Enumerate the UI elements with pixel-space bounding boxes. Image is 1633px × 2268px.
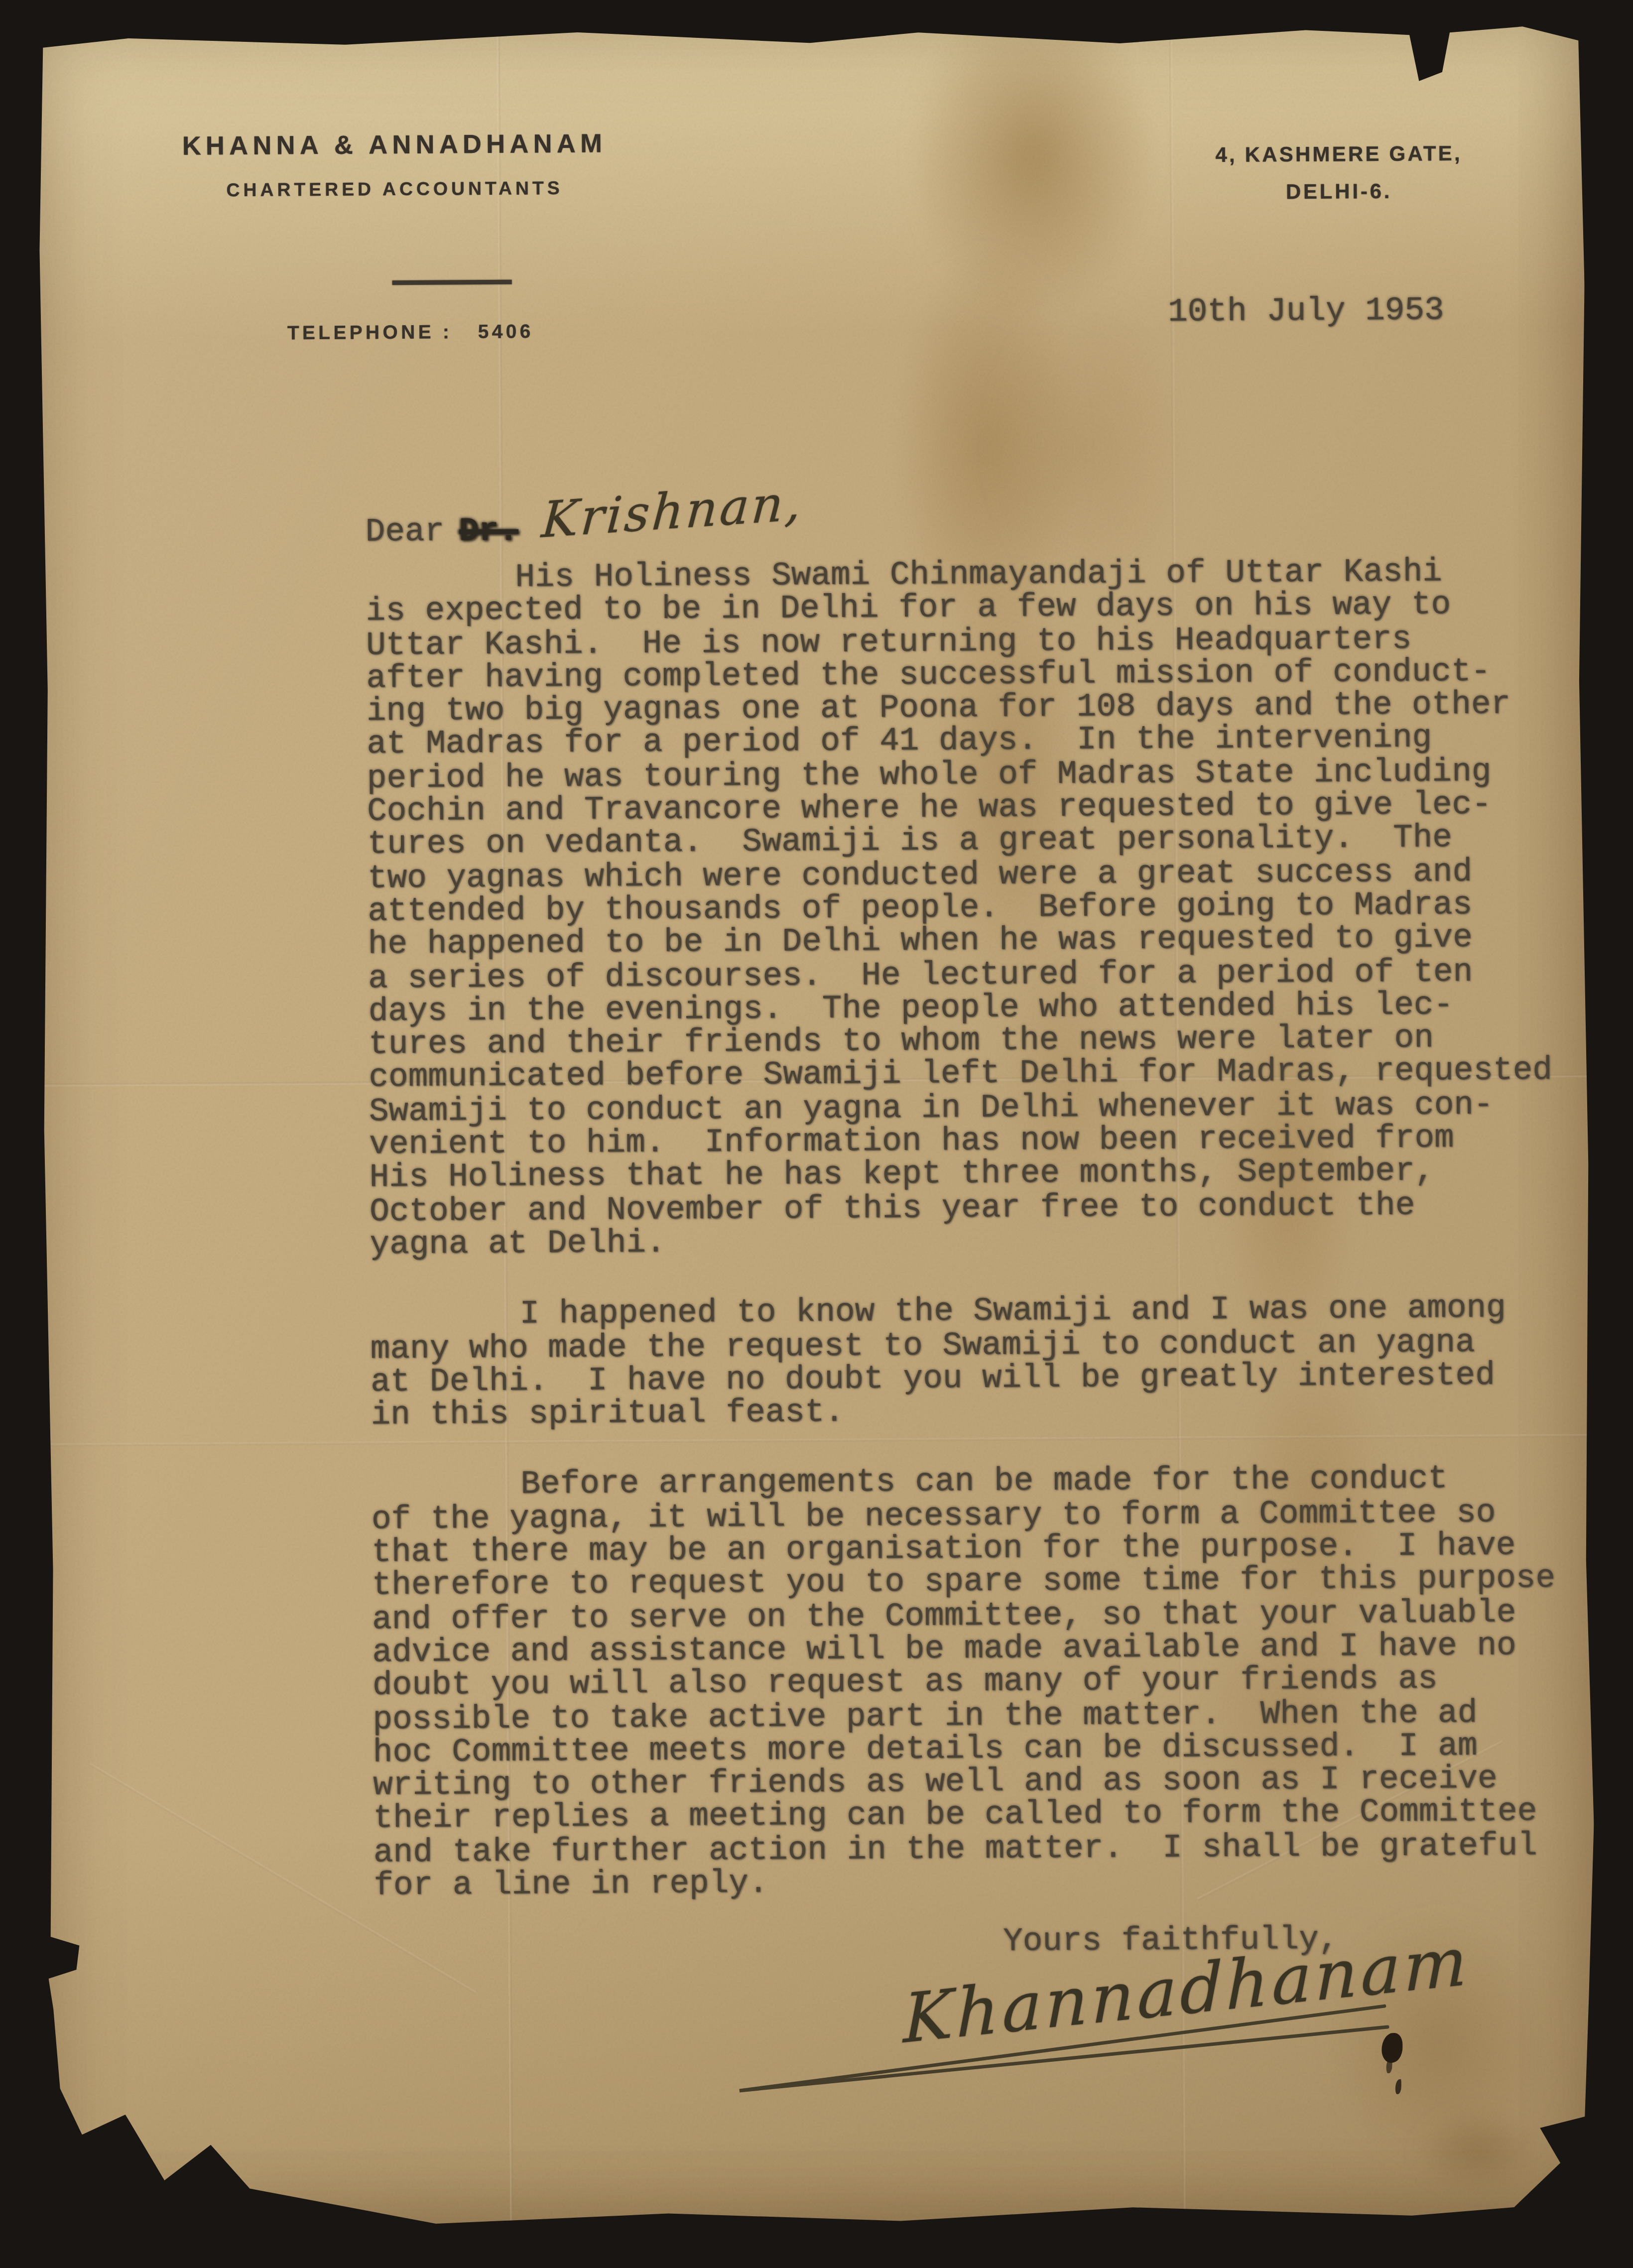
letterhead: KHANNA & ANNADHANAM CHARTERED ACCOUNTANT… [140,128,648,131]
stain-top-center [909,0,1157,324]
date-line: 10th July 1953 [1168,292,1444,331]
telephone-label: TELEPHONE : [287,320,453,344]
body-paragraph-2: I happened to know the Swamiji and I was… [370,1292,1587,1433]
scale-wrapper: KHANNA & ANNADHANAM CHARTERED ACCOUNTANT… [0,0,1633,2268]
handwritten-recipient-name: Krishnan, [540,473,806,549]
letter-body: His Holiness Swami Chinmayandaji of Utta… [366,556,1590,1904]
salutation: DearDr.Krishnan, [365,492,804,552]
letter-paper: KHANNA & ANNADHANAM CHARTERED ACCOUNTANT… [35,21,1598,2230]
stain-bottom-right-small [1416,2110,1542,2193]
telephone-line: TELEPHONE : 5406 [156,319,664,345]
letterhead-rule [392,280,512,284]
body-paragraph-1: His Holiness Swami Chinmayandaji of Utta… [366,556,1586,1263]
scanned-letter-viewport: KHANNA & ANNADHANAM CHARTERED ACCOUNTANT… [0,0,1633,2268]
address-block: 4, KASHMERE GATE, DELHI-6. [1180,141,1498,204]
letterhead-subtitle: CHARTERED ACCOUNTANTS [140,177,648,201]
body-paragraph-3: Before arrangements can be made for the … [371,1463,1590,1903]
struck-honorific: Dr. [459,513,518,551]
ink-blot [1382,2033,1402,2063]
address-line-1: 4, KASHMERE GATE, [1180,141,1497,167]
telephone-number: 5406 [478,320,534,343]
address-line-2: DELHI-6. [1180,178,1497,204]
salutation-prefix: Dear [365,513,444,551]
stain-date-area [987,292,1191,599]
letterhead-firm-name: KHANNA & ANNADHANAM [140,128,648,162]
